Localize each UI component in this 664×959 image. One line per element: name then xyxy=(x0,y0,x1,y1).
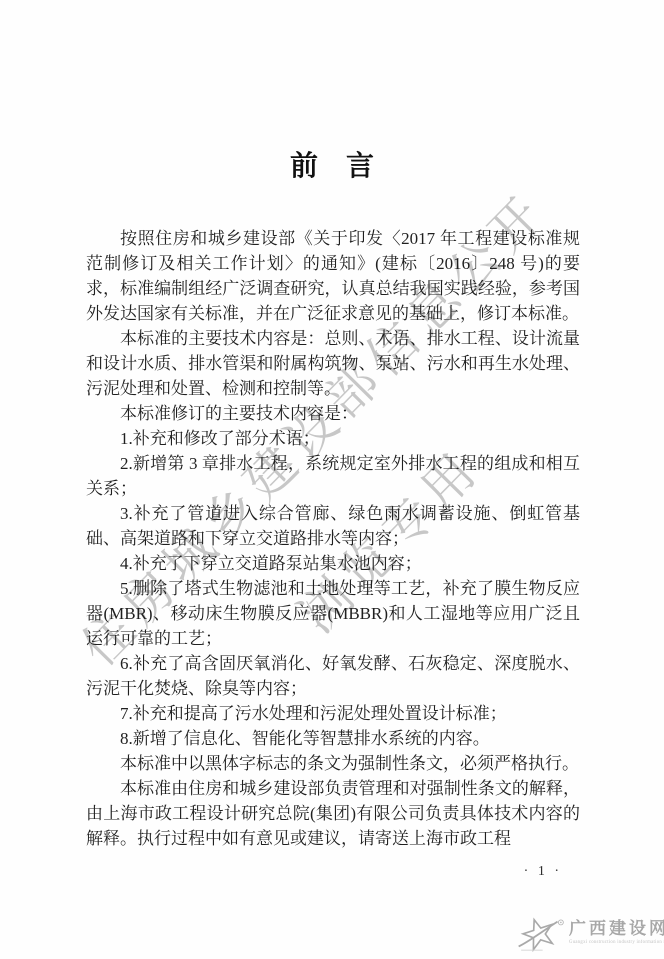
paragraph: 本标准由住房和城乡建设部负责管理和对强制性条文的解释，由上海市政工程设计研究总院… xyxy=(86,776,580,851)
logo-tagline: Guangxi construction industry informatio… xyxy=(569,939,664,946)
page-number: · 1 · xyxy=(524,864,562,880)
paragraph: 本标准中以黑体字标志的条文为强制性条文，必须严格执行。 xyxy=(86,751,580,776)
logo-text-block: 广西建设网 Guangxi construction industry info… xyxy=(569,911,664,946)
paragraph: 1.补充和修改了部分术语； xyxy=(86,426,580,451)
paragraph: 5.删除了塔式生物滤池和土地处理等工艺，补充了膜生物反应器(MBR)、移动床生物… xyxy=(86,576,580,651)
paragraph: 8.新增了信息化、智能化等智慧排水系统的内容。 xyxy=(86,726,580,751)
page-title: 前 言 xyxy=(0,144,664,184)
paragraph: 本标准修订的主要技术内容是： xyxy=(86,401,580,426)
paragraph: 4.补充了下穿立交道路泵站集水池内容； xyxy=(86,551,580,576)
paragraph: 按照住房和城乡建设部《关于印发〈2017 年工程建设标准规范制修订及相关工作计划… xyxy=(86,226,580,326)
document-page: 住房城乡建设部信息公开 浏览专用 前 言 按照住房和城乡建设部《关于印发〈201… xyxy=(0,0,664,959)
footer-logo: 广西建设网 Guangxi construction industry info… xyxy=(517,911,664,959)
document-body: 按照住房和城乡建设部《关于印发〈2017 年工程建设标准规范制修订及相关工作计划… xyxy=(86,226,580,851)
paragraph: 6.补充了高含固厌氧消化、好氧发酵、石灰稳定、深度脱水、污泥干化焚烧、除臭等内容… xyxy=(86,651,580,701)
logo-site-name: 广西建设网 xyxy=(569,919,664,939)
paragraph: 7.补充和提高了污水处理和污泥处理处置设计标准； xyxy=(86,701,580,726)
paragraph: 2.新增第 3 章排水工程，系统规定室外排水工程的组成和相互关系； xyxy=(86,451,580,501)
paragraph: 本标准的主要技术内容是：总则、术语、排水工程、设计流量和设计水质、排水管渠和附属… xyxy=(86,326,580,401)
paragraph: 3.补充了管道进入综合管廊、绿色雨水调蓄设施、倒虹管基础、高架道路和下穿立交道路… xyxy=(86,501,580,551)
star-swoosh-icon xyxy=(517,913,565,959)
